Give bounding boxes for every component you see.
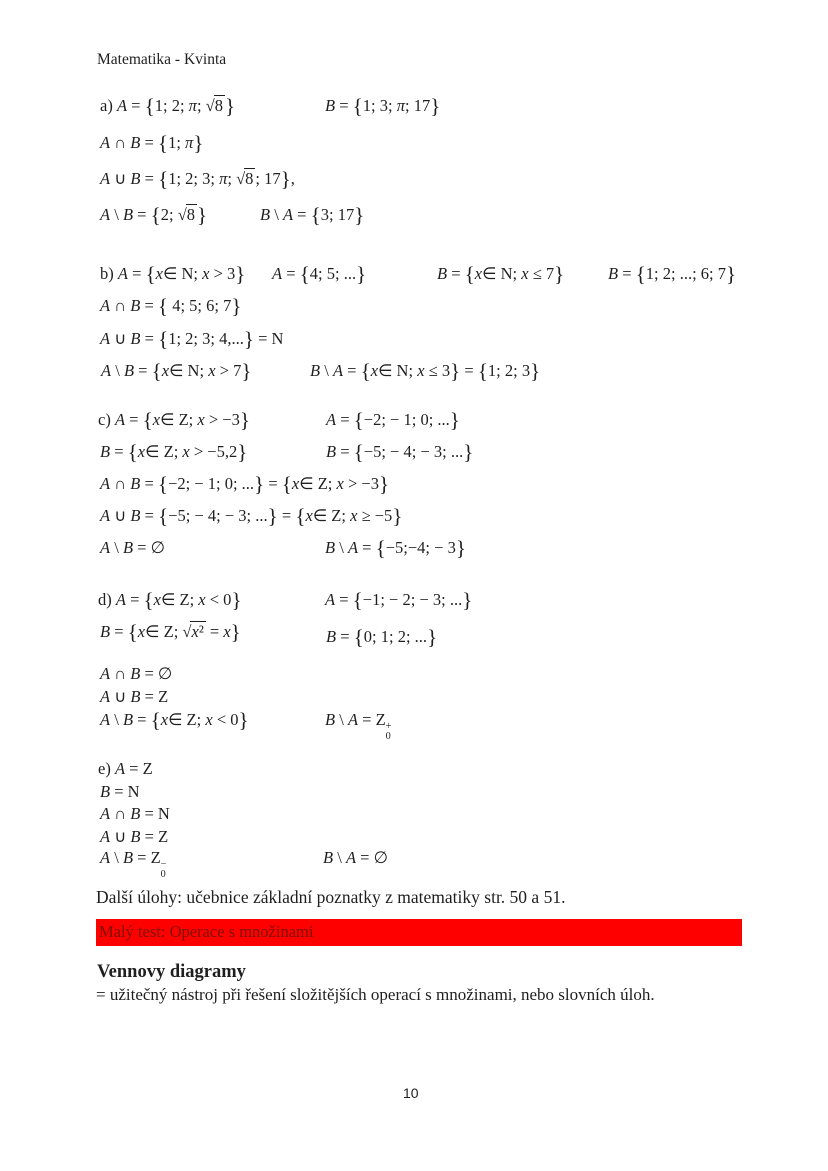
math-c-given-b-text: B = {x∈ Z; x > −5,2} <box>100 442 247 463</box>
further-exercises-note-text: Další úlohy: učebnice základní poznatky … <box>96 887 565 908</box>
math-b-given-text: B = {x∈ N; x ≤ 7} <box>437 264 564 285</box>
set-brace: } <box>237 440 247 464</box>
set-brace: } <box>254 472 264 496</box>
sqrt-symbol: √ <box>236 169 244 188</box>
set-brace: { <box>143 408 153 432</box>
set-brace: { <box>295 504 305 528</box>
set-brace: { <box>478 359 488 383</box>
set-brace: } <box>193 131 203 155</box>
set-brace: { <box>158 504 168 528</box>
sub-sup-stack: +0 <box>386 722 392 741</box>
set-brace: } <box>231 294 241 318</box>
set-brace: { <box>145 94 155 118</box>
set-brace: } <box>456 536 466 560</box>
math-e-differences-text: B \ A = ∅ <box>323 848 388 868</box>
set-brace: { <box>361 359 371 383</box>
math-d-union-text: A ∪ B = Z <box>100 687 168 707</box>
math-d-differences-text: B \ A = Z+0 <box>325 710 391 741</box>
math-c-differences-text: B \ A = {−5;−4; − 3} <box>325 538 466 559</box>
sqrt-radicand: 8 <box>214 95 225 115</box>
set-brace: { <box>146 262 156 286</box>
set-brace: { <box>353 94 363 118</box>
set-brace: { <box>128 620 138 644</box>
sqrt-radicand: 8 <box>186 204 197 224</box>
set-brace: { <box>151 708 161 732</box>
set-brace: { <box>282 472 292 496</box>
set-brace: } <box>554 262 564 286</box>
math-c-given-a-text: A = {−2; − 1; 0; ...} <box>326 410 460 431</box>
document-page: Matematika - Kvintaa) A = {1; 2; π; √8}B… <box>0 0 828 1171</box>
math-c-union-text: A ∪ B = {−5; − 4; − 3; ...} = {x∈ Z; x ≥… <box>100 506 402 527</box>
set-brace: { <box>465 262 475 286</box>
set-brace: { <box>158 327 168 351</box>
set-brace: } <box>225 94 235 118</box>
math-e-union-text: A ∪ B = Z <box>100 827 168 847</box>
venn-description-text: = užitečný nástroj při řešení složitější… <box>96 985 655 1005</box>
set-brace: } <box>463 440 473 464</box>
set-brace: } <box>240 408 250 432</box>
test-banner-text: Malý test: Operace s množinami <box>99 922 313 942</box>
math-b-given-text: B = {1; 2; ...; 6; 7} <box>608 264 736 285</box>
set-brace: } <box>392 504 402 528</box>
math-b-differences-text: A \ B = {x∈ N; x > 7} <box>101 361 251 382</box>
set-brace: { <box>151 203 161 227</box>
math-e-intersection-text: A ∩ B = N <box>100 804 170 824</box>
math-c-differences-text: A \ B = ∅ <box>100 538 165 558</box>
set-brace: } <box>239 708 249 732</box>
page-number-text: 10 <box>403 1085 419 1101</box>
math-b-given-text: b) A = {x∈ N; x > 3} <box>100 264 245 285</box>
set-brace: { <box>311 203 321 227</box>
set-brace: { <box>376 536 386 560</box>
sqrt-symbol: √ <box>178 205 186 224</box>
set-brace: } <box>462 588 472 612</box>
math-d-given-a-text: d) A = {x∈ Z; x < 0} <box>98 590 242 611</box>
math-c-given-a-text: c) A = {x∈ Z; x > −3} <box>98 410 250 431</box>
math-b-union-text: A ∪ B = {1; 2; 3; 4,...} = N <box>100 329 283 350</box>
math-b-given-text: A = {4; 5; ...} <box>272 264 366 285</box>
set-brace: { <box>158 167 168 191</box>
set-brace: } <box>354 203 364 227</box>
set-brace: { <box>354 440 364 464</box>
math-d-given-a-text: A = {−1; − 2; − 3; ...} <box>325 590 472 611</box>
set-brace: { <box>353 588 363 612</box>
math-d-differences-text: A \ B = {x∈ Z; x < 0} <box>100 710 249 731</box>
set-brace: { <box>158 131 168 155</box>
set-brace: { <box>354 625 364 649</box>
set-brace: } <box>379 472 389 496</box>
set-brace: } <box>530 359 540 383</box>
math-b-differences-text: B \ A = {x∈ N; x ≤ 3} = {1; 2; 3} <box>310 361 540 382</box>
math-c-intersection-text: A ∩ B = {−2; − 1; 0; ...} = {x∈ Z; x > −… <box>100 474 389 495</box>
set-brace: } <box>244 327 254 351</box>
set-brace: { <box>144 588 154 612</box>
sqrt-radicand: x² <box>190 621 205 641</box>
set-brace: } <box>450 359 460 383</box>
set-brace: } <box>197 203 207 227</box>
set-brace: { <box>128 440 138 464</box>
set-brace: } <box>356 262 366 286</box>
set-brace: { <box>158 294 168 318</box>
set-brace: { <box>354 408 364 432</box>
math-a-differences-text: B \ A = {3; 17} <box>260 205 364 226</box>
math-d-intersection-text: A ∩ B = ∅ <box>100 664 172 684</box>
math-a-union-text: A ∪ B = {1; 2; 3; π; √8; 17}, <box>100 169 295 190</box>
set-brace: } <box>241 359 251 383</box>
sqrt-symbol: √ <box>206 96 214 115</box>
math-a-differences-text: A \ B = {2; √8} <box>100 205 207 226</box>
set-brace: } <box>726 262 736 286</box>
math-e-differences-text: A \ B = Z−0 <box>100 848 166 879</box>
set-brace: { <box>158 472 168 496</box>
math-d-given-b-text: B = {x∈ Z; √x² = x} <box>100 622 241 643</box>
set-brace: } <box>427 625 437 649</box>
set-brace: { <box>300 262 310 286</box>
math-a-given-text: a) A = {1; 2; π; √8} <box>100 96 235 117</box>
math-a-given-text: B = {1; 3; π; 17} <box>325 96 440 117</box>
set-brace: } <box>235 262 245 286</box>
math-a-intersection-text: A ∩ B = {1; π} <box>100 133 203 154</box>
sqrt-radicand: 8 <box>244 168 255 188</box>
math-c-given-b-text: B = {−5; − 4; − 3; ...} <box>326 442 473 463</box>
set-brace: } <box>430 94 440 118</box>
math-e-given-b-text: B = N <box>100 782 140 802</box>
set-brace: } <box>450 408 460 432</box>
set-brace: { <box>152 359 162 383</box>
doc-title-text: Matematika - Kvinta <box>97 51 226 69</box>
math-e-given-a-text: e) A = Z <box>98 759 153 779</box>
test-banner: Malý test: Operace s množinami <box>96 919 742 946</box>
math-b-intersection-text: A ∩ B = { 4; 5; 6; 7} <box>100 296 241 317</box>
set-brace: } <box>231 620 241 644</box>
set-brace: { <box>636 262 646 286</box>
set-brace: } <box>231 588 241 612</box>
venn-heading-text: Vennovy diagramy <box>97 962 246 983</box>
sub-sup-stack: −0 <box>161 860 167 879</box>
set-brace: } <box>268 504 278 528</box>
math-d-given-b-text: B = {0; 1; 2; ...} <box>326 627 437 648</box>
set-brace: } <box>281 167 291 191</box>
